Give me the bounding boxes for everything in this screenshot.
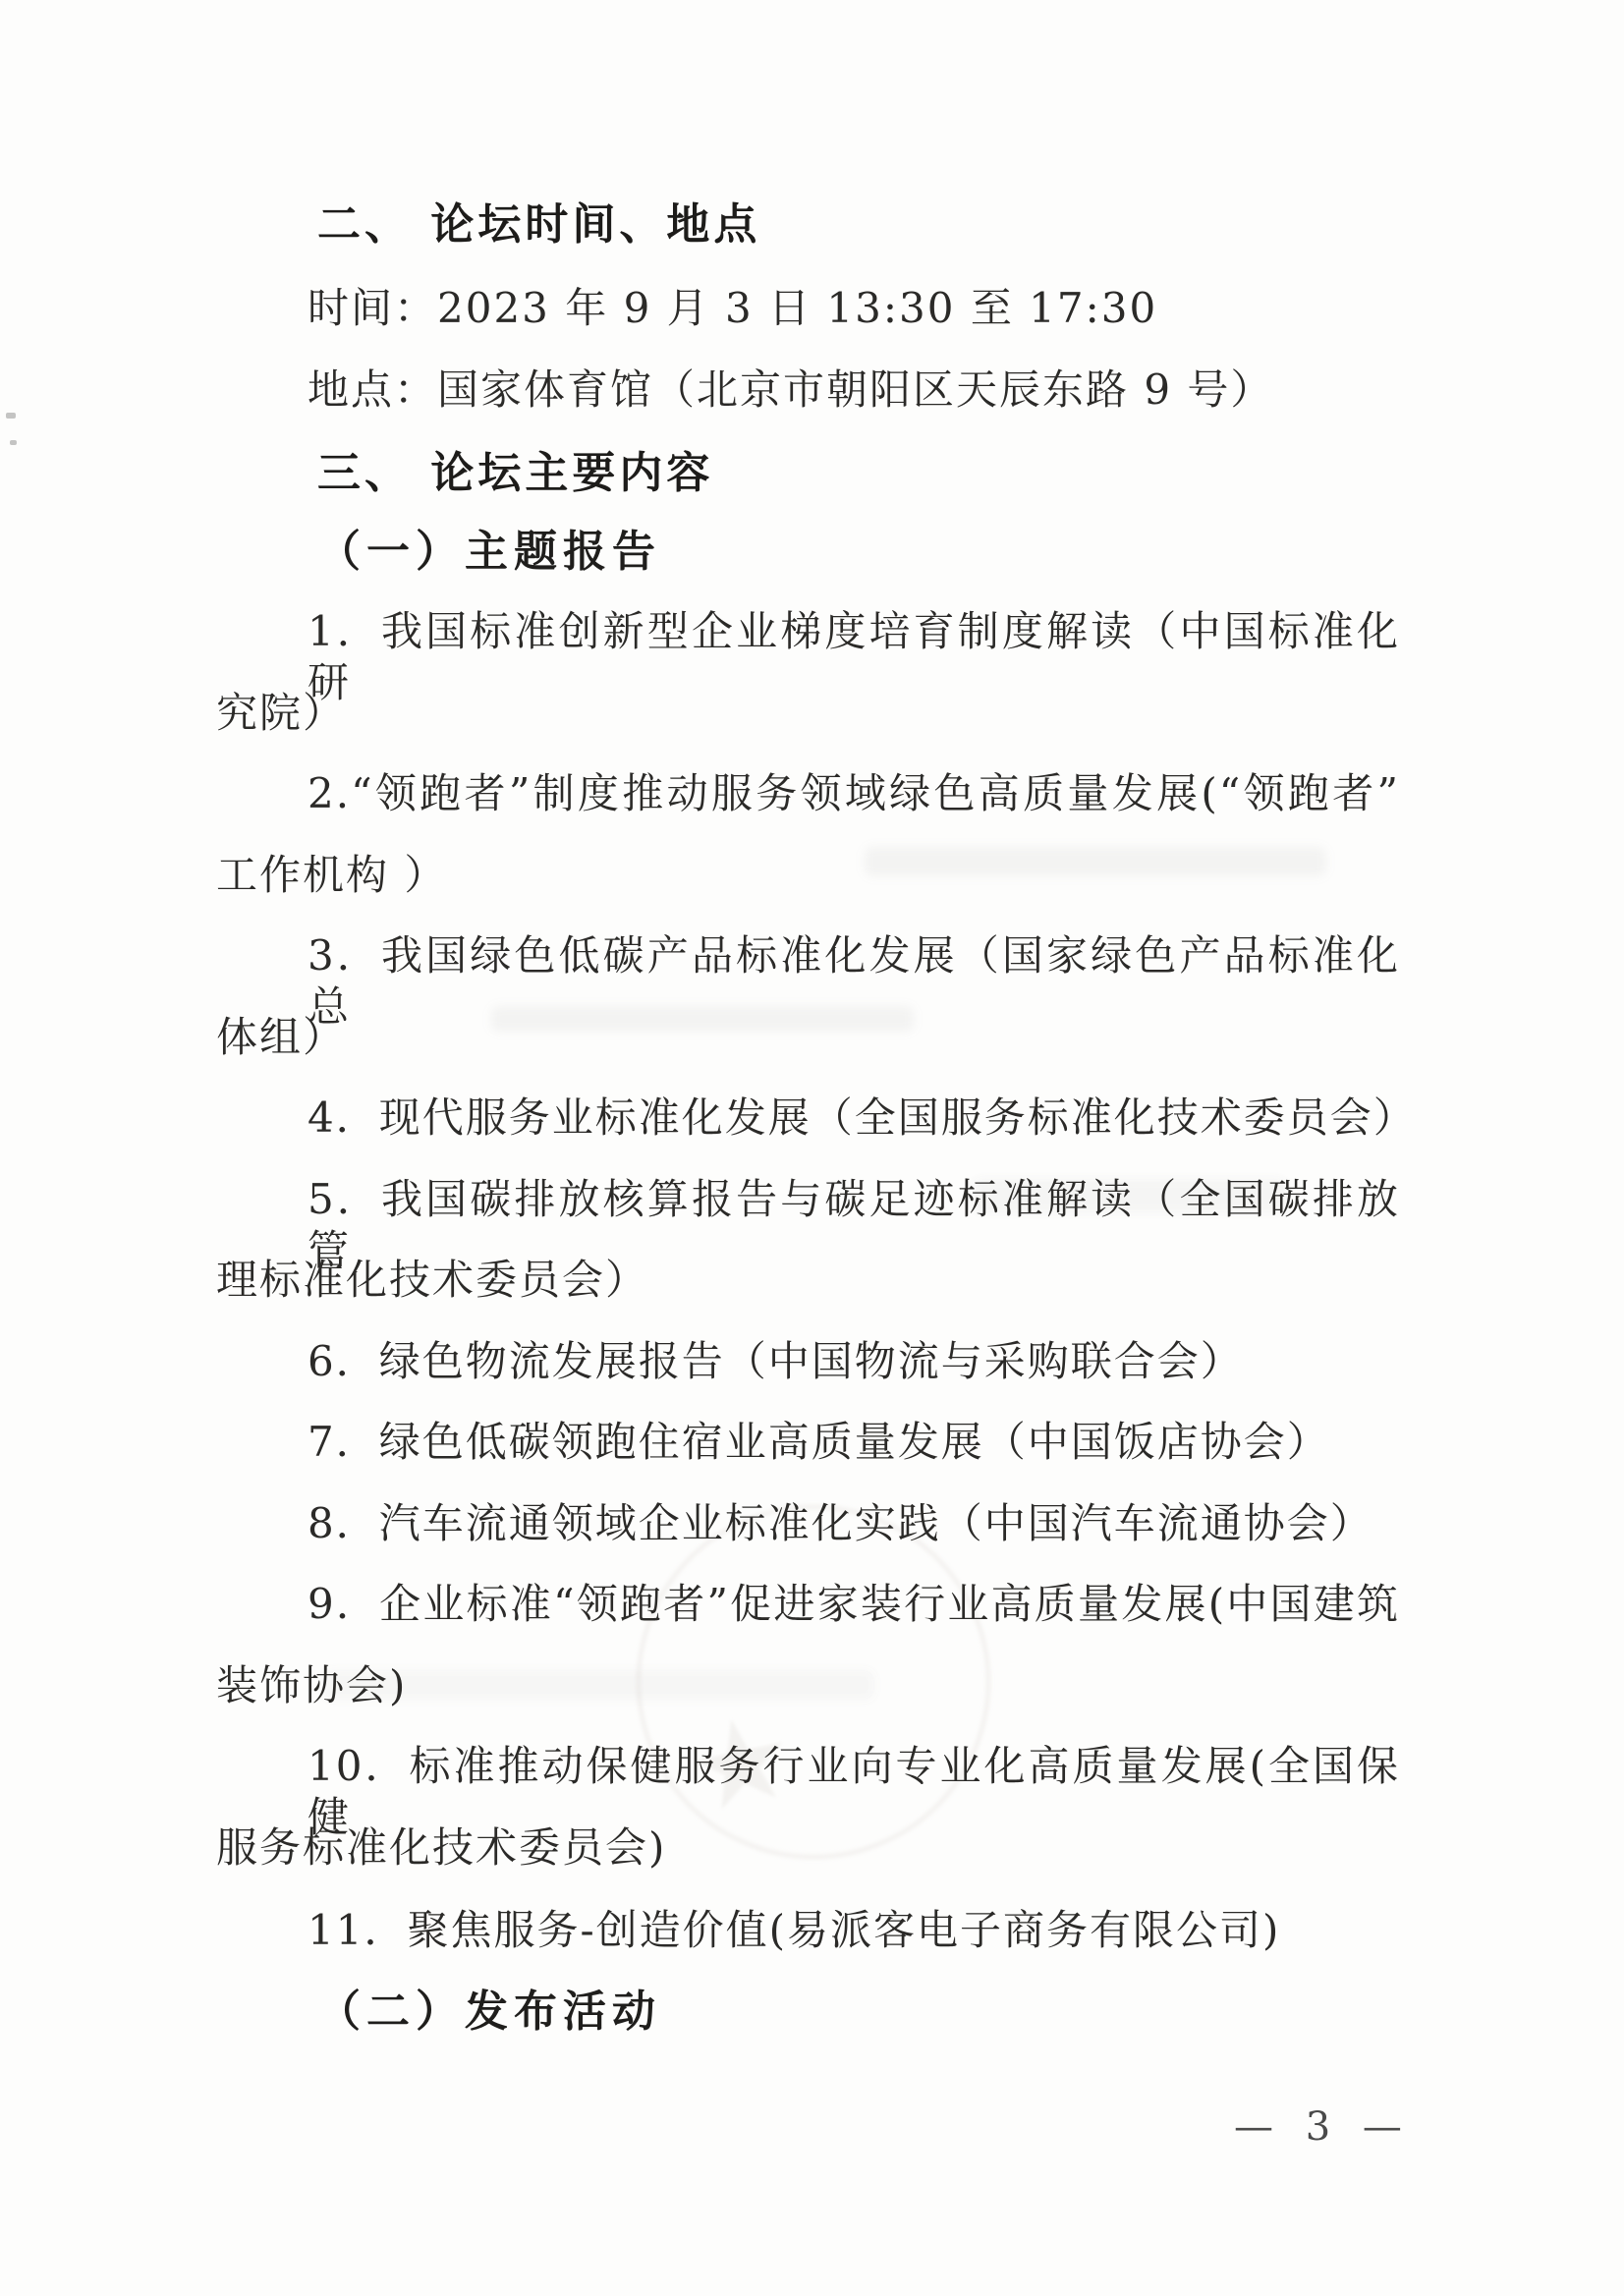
subsection-heading-release-activities: （二）发布活动 — [317, 1987, 661, 2038]
scan-speck — [6, 413, 16, 419]
page-number: — 3 — — [1234, 2104, 1412, 2150]
report-item-8-line-1: 8．汽车流通领域企业标准化实践（中国汽车流通协会） — [308, 1498, 1373, 1549]
section-heading-time-place: 二、 论坛时间、地点 — [317, 199, 760, 251]
forum-place-line: 地点：国家体育馆（北京市朝阳区天辰东路 9 号） — [308, 364, 1273, 416]
report-item-1-line-2: 究院） — [216, 688, 346, 739]
report-item-2-line-2: 工作机构 ） — [216, 850, 447, 901]
subsection-heading-theme-reports: （一）主题报告 — [317, 527, 661, 578]
report-item-6-line-1: 6．绿色物流发展报告（中国物流与采购联合会） — [308, 1336, 1244, 1387]
report-item-11-line-1: 11．聚焦服务-创造价值(易派客电子商务有限公司) — [308, 1905, 1280, 1956]
section-heading-main-content: 三、 论坛主要内容 — [317, 448, 713, 499]
report-item-1-line-1: 1．我国标准创新型企业梯度培育制度解读（中国标准化研 — [308, 606, 1400, 708]
scan-smudge — [865, 847, 1326, 876]
report-item-9-line-2: 装饰协会) — [216, 1660, 407, 1711]
report-item-10-line-2: 服务标准化技术委员会) — [216, 1822, 666, 1874]
report-item-3-line-1: 3．我国绿色低碳产品标准化发展（国家绿色产品标准化总 — [308, 930, 1400, 1033]
document-page: ★ 二、 论坛时间、地点 时间：2023 年 9 月 3 日 13:30 至 1… — [0, 0, 1624, 2296]
report-item-7-line-1: 7．绿色低碳领跑住宿业高质量发展（中国饭店协会） — [308, 1417, 1330, 1468]
report-item-4-line-1: 4．现代服务业标准化发展（全国服务标准化技术委员会） — [308, 1092, 1400, 1144]
report-item-2-line-1: 2.“领跑者”制度推动服务领域绿色高质量发展(“领跑者” — [308, 768, 1400, 819]
scan-speck — [10, 440, 17, 445]
report-item-9-line-1: 9．企业标准“领跑者”促进家装行业高质量发展(中国建筑 — [308, 1579, 1400, 1630]
report-item-5-line-2: 理标准化技术委员会） — [216, 1255, 648, 1306]
report-item-3-line-2: 体组） — [216, 1012, 346, 1063]
forum-time-line: 时间：2023 年 9 月 3 日 13:30 至 17:30 — [308, 283, 1157, 334]
